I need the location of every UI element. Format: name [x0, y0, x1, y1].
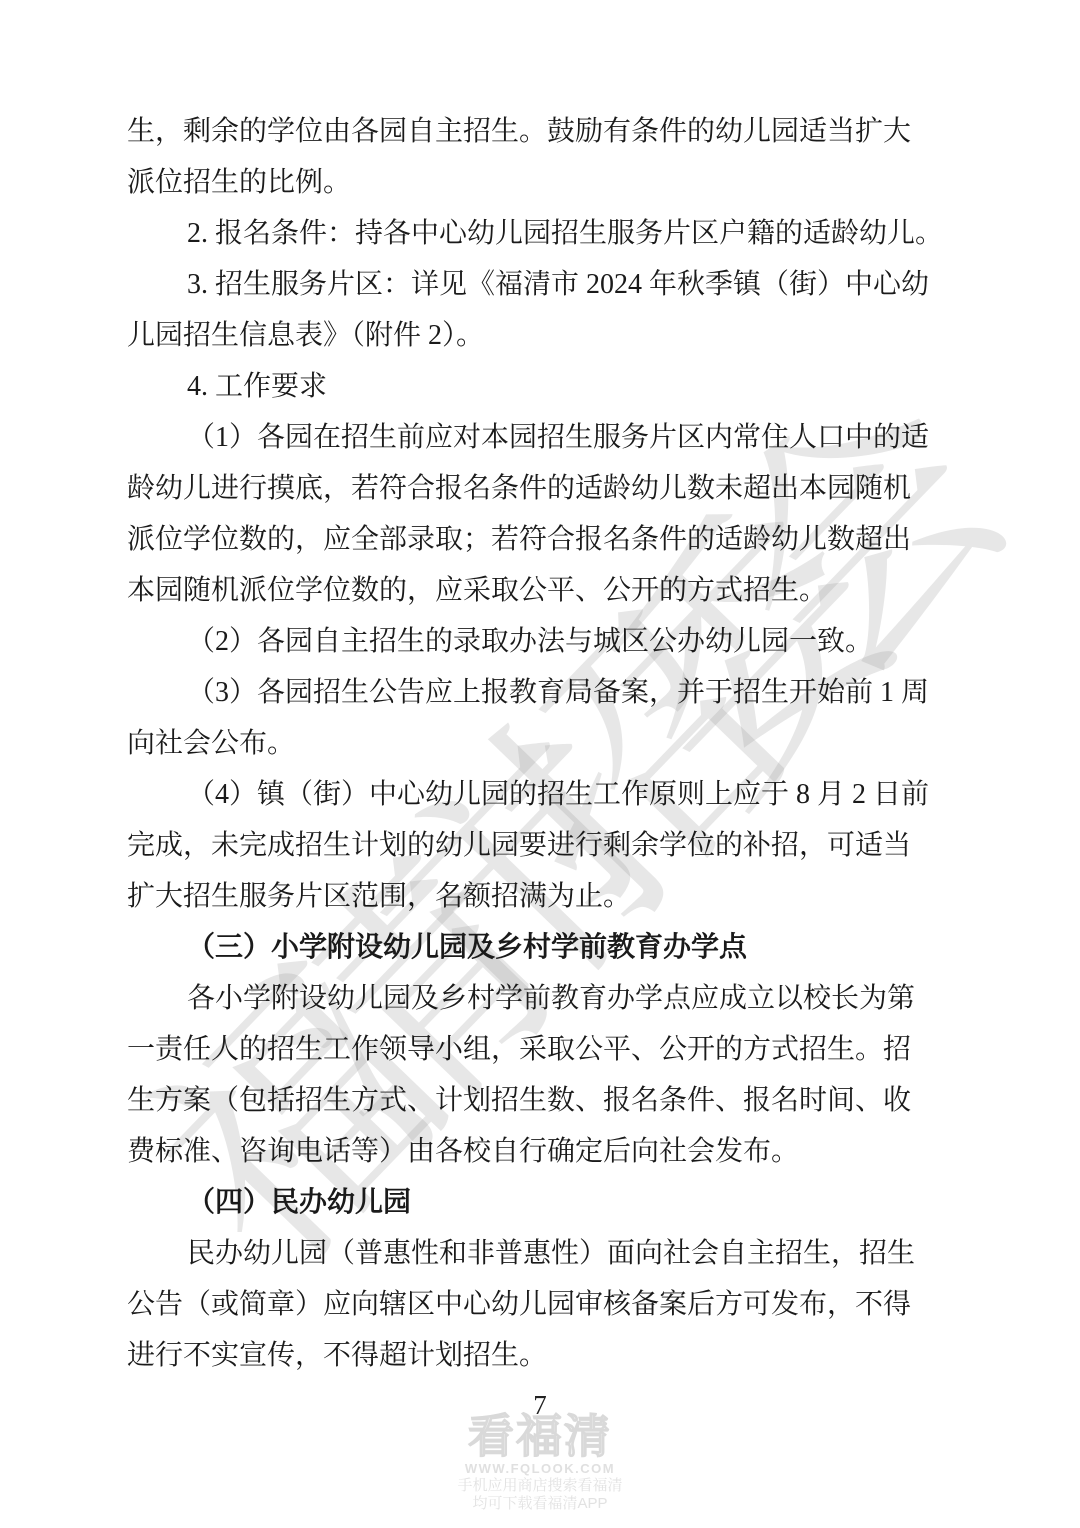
document-page: 福清市招委会 生，剩余的学位由各园自主招生。鼓励有条件的幼儿园适当扩大派位招生的… — [0, 0, 1080, 1528]
doc-line: 2. 报名条件：持各中心幼儿园招生服务片区户籍的适龄幼儿。 — [127, 208, 953, 259]
document-body: 生，剩余的学位由各园自主招生。鼓励有条件的幼儿园适当扩大派位招生的比例。2. 报… — [127, 106, 953, 1381]
doc-line: 进行不实宣传，不得超计划招生。 — [127, 1330, 953, 1381]
doc-line: 龄幼儿进行摸底，若符合报名条件的适龄幼儿数未超出本园随机 — [127, 463, 953, 514]
logo-url: WWW.FQLOOK.COM — [0, 1461, 1080, 1477]
logo-caption-line1: 手机应用商店搜索看福清 — [0, 1477, 1080, 1495]
doc-line: 公告（或简章）应向辖区中心幼儿园审核备案后方可发布，不得 — [127, 1279, 953, 1330]
doc-line: 本园随机派位学位数的，应采取公平、公开的方式招生。 — [127, 565, 953, 616]
doc-line: （2）各园自主招生的录取办法与城区公办幼儿园一致。 — [127, 616, 953, 667]
doc-line: （4）镇（街）中心幼儿园的招生工作原则上应于 8 月 2 日前 — [127, 769, 953, 820]
doc-line: 民办幼儿园（普惠性和非普惠性）面向社会自主招生，招生 — [127, 1228, 953, 1279]
doc-line: 派位招生的比例。 — [127, 157, 953, 208]
doc-line: （四）民办幼儿园 — [127, 1177, 953, 1228]
doc-line: 完成，未完成招生计划的幼儿园要进行剩余学位的补招，可适当 — [127, 820, 953, 871]
doc-line: 3. 招生服务片区：详见《福清市 2024 年秋季镇（街）中心幼 — [127, 259, 953, 310]
doc-line: 一责任人的招生工作领导小组，采取公平、公开的方式招生。招 — [127, 1024, 953, 1075]
doc-line: 各小学附设幼儿园及乡村学前教育办学点应成立以校长为第 — [127, 973, 953, 1024]
doc-line: 儿园招生信息表》（附件 2）。 — [127, 310, 953, 361]
logo-caption-line2: 均可下载看福清APP — [0, 1495, 1080, 1513]
doc-line: 向社会公布。 — [127, 718, 953, 769]
doc-line: （三）小学附设幼儿园及乡村学前教育办学点 — [127, 922, 953, 973]
doc-line: 费标准、咨询电话等）由各校自行确定后向社会发布。 — [127, 1126, 953, 1177]
doc-line: 扩大招生服务片区范围，名额招满为止。 — [127, 871, 953, 922]
doc-line: （1）各园在招生前应对本园招生服务片区内常住人口中的适 — [127, 412, 953, 463]
site-logo: 看福清 WWW.FQLOOK.COM 手机应用商店搜索看福清 均可下载看福清AP… — [0, 1413, 1080, 1513]
page-number: 7 — [0, 1390, 1080, 1421]
doc-line: 4. 工作要求 — [127, 361, 953, 412]
doc-line: 派位学位数的，应全部录取；若符合报名条件的适龄幼儿数超出 — [127, 514, 953, 565]
doc-line: 生方案（包括招生方式、计划招生数、报名条件、报名时间、收 — [127, 1075, 953, 1126]
doc-line: （3）各园招生公告应上报教育局备案，并于招生开始前 1 周 — [127, 667, 953, 718]
doc-line: 生，剩余的学位由各园自主招生。鼓励有条件的幼儿园适当扩大 — [127, 106, 953, 157]
